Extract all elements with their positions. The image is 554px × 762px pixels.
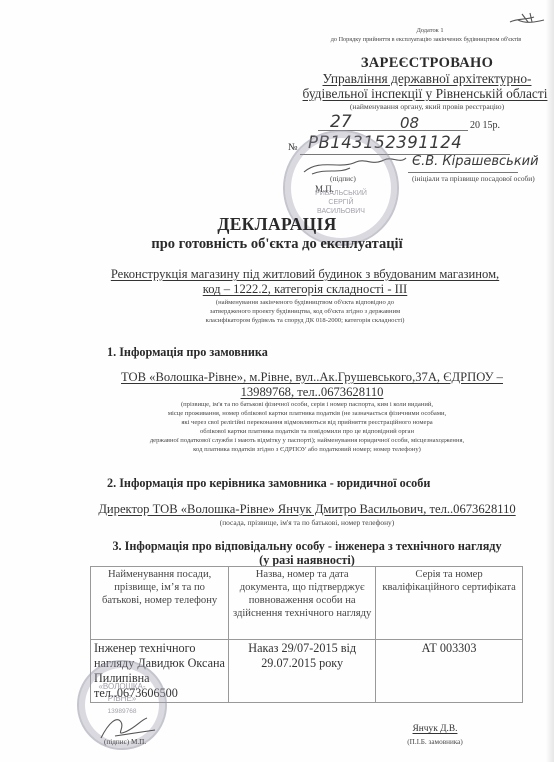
date-year: 20 15р. xyxy=(470,120,500,131)
authority-line-2: будівельної інспекції у Рівненській обла… xyxy=(296,86,554,102)
declaration-subtitle: про готовність об'єкта до експлуатації xyxy=(0,236,554,253)
object-caption-1: (найменування закінченого будівництвом о… xyxy=(70,298,540,307)
document-page: Додаток 1 до Порядку прийняття в експлуа… xyxy=(0,0,554,762)
stamp-text: СЕРГІЙ xyxy=(285,199,397,206)
customer-caption-6: код платника податків згідно з ЄДРПОУ аб… xyxy=(60,445,554,454)
director-line: Директор ТОВ «Волошка-Рівне» Янчук Дмитр… xyxy=(90,502,524,517)
section-1-heading: 1. Інформація про замовника xyxy=(107,345,268,360)
customer-name: Янчук Д.В. xyxy=(390,724,480,734)
customer-caption-3: які через свої релігійні переконання від… xyxy=(60,418,554,427)
customer-caption-1: (прізвище, ім'я та по батькові фізичної … xyxy=(60,400,554,409)
authority-line-1: Управління державної архітектурно- xyxy=(300,71,554,87)
object-name-line-2: код – 1222.2, категорія складності - III xyxy=(70,282,540,297)
customer-line-1: ТОВ «Волошка-Рівне», м.Рівне, вул..Ак.Гр… xyxy=(70,370,554,385)
customer-caption-4: облікової картки платника податків та по… xyxy=(60,427,554,436)
director-caption: (посада, прізвище, ім'я та по батькові, … xyxy=(90,518,524,527)
table-header-cell: Найменування посади, прізвище, ім’я та п… xyxy=(91,567,229,640)
appendix-title: Додаток 1 xyxy=(330,26,530,35)
object-caption-2: затвердженого проекту будівництва, код о… xyxy=(70,307,540,316)
table-cell: Наказ 29/07-2015 від 29.07.2015 року xyxy=(229,640,376,703)
appendix-subtitle: до Порядку прийняття в експлуатацію закі… xyxy=(296,35,554,44)
table-cell: АТ 003303 xyxy=(376,640,523,703)
official-caption: (ініціали та прізвище посадової особи) xyxy=(412,174,535,183)
customer-name-caption: (П.І.Б. замовника) xyxy=(390,738,480,747)
table-header-cell: Назва, номер та дата документа, що підтв… xyxy=(229,567,376,640)
object-caption-3: класифікатором будівель та споруд ДК 018… xyxy=(70,316,540,325)
footer-signature-caption: (підпис) М.П. xyxy=(104,738,146,747)
registered-stamp-title: ЗАРЕЄСТРОВАНО xyxy=(300,55,554,72)
customer-caption-2: місце проживання, номер облікової картки… xyxy=(60,409,554,418)
declaration-title: ДЕКЛАРАЦІЯ xyxy=(0,214,554,235)
object-name-line-1: Реконструкція магазину під житловий буди… xyxy=(70,267,540,282)
stamp-text: «ВОЛОШКА- xyxy=(79,682,165,691)
corner-mark-icon xyxy=(508,8,548,28)
customer-line-2: 13989768, тел..0673628110 xyxy=(70,385,554,400)
section-3-heading: 3. Інформація про відповідальну особу - … xyxy=(60,539,554,554)
date-month: 08 xyxy=(400,114,419,132)
stamp-text: РИБАЛЬСЬКИЙ xyxy=(285,190,397,197)
table-header-row: Найменування посади, прізвище, ім’я та п… xyxy=(91,567,523,640)
section-2-heading: 2. Інформація про керівника замовника - … xyxy=(107,476,430,491)
table-header-cell: Серія та номер кваліфікаційного сертифік… xyxy=(376,567,523,640)
date-day: 27 xyxy=(330,112,352,132)
customer-caption-5: державної податкової служби і мають відм… xyxy=(60,436,554,445)
stamp-text: РІВНЕ» xyxy=(79,694,165,703)
authority-caption: (найменування органу, який провів реєстр… xyxy=(300,102,554,111)
official-underline xyxy=(408,172,518,173)
official-name: Є.В. Кірашевський xyxy=(412,154,539,169)
